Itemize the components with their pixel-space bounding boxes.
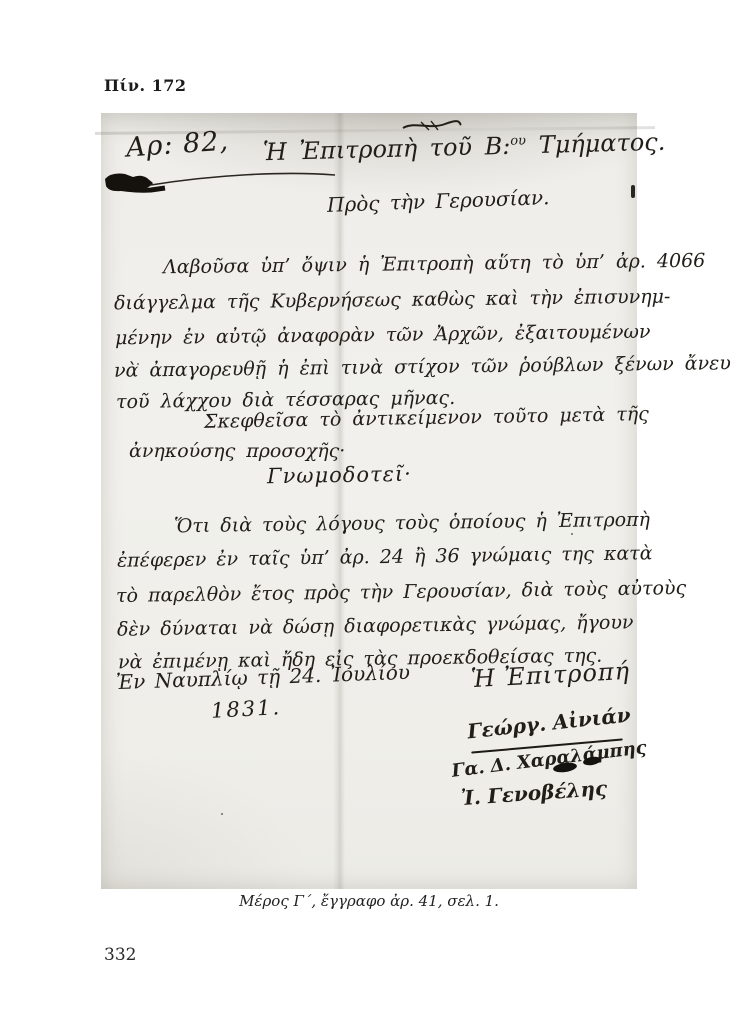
opinion-word: Γνωμοδοτεῖ· bbox=[267, 462, 412, 489]
heading-text: Ἡ Ἐπιτροπὴ τοῦ Β: bbox=[263, 132, 511, 166]
plate-label: Πίν. 172 bbox=[104, 76, 187, 95]
paper-speck bbox=[401, 205, 403, 207]
body-line: τὸ παρελθὸν ἔτος πρὸς τὴν Γερουσίαν, διὰ… bbox=[116, 577, 686, 607]
body-line: ἐπέφερεν ἐν ταῖς ὑπ’ ἀρ. 24 ἢ 36 γνώμαις… bbox=[117, 542, 653, 571]
figure-caption: Μέρος Γ΄, ἔγγραφο ἀρ. 41, σελ. 1. bbox=[101, 892, 637, 910]
body-line: διάγγελμα τῆς Κυβερνήσεως καθὼς καὶ τὴν … bbox=[114, 286, 671, 315]
page-number: 332 bbox=[104, 945, 136, 965]
paper-speck bbox=[221, 813, 223, 815]
body-line: μένην ἐν αὐτῷ ἀναφορὰν τῶν Ἀρχῶν, ἐξαιτο… bbox=[115, 321, 651, 350]
heading-correction-scribble bbox=[401, 119, 463, 133]
heading-text-rest: Τμήματος. bbox=[526, 128, 666, 160]
paper-speck bbox=[137, 363, 139, 365]
body-line: Λαβοῦσα ὑπ’ ὄψιν ἡ Ἐπιτροπὴ αὕτη τὸ ὑπ’ … bbox=[163, 250, 706, 279]
ink-mark-right-edge bbox=[631, 185, 635, 198]
dateline-year: 1831. bbox=[210, 695, 281, 723]
addressee-line: Πρὸς τὴν Γερουσίαν. bbox=[327, 185, 550, 217]
paper-speck bbox=[571, 533, 573, 535]
signature: Ἰ. Γενοβέλης bbox=[460, 776, 608, 810]
document-photo: Αρ: 82, Ἡ Ἐπιτροπὴ τοῦ Β:ου Τμήματος. Πρ… bbox=[101, 113, 637, 889]
book-page: Πίν. 172 Αρ: 82, Ἡ Ἐπιτροπὴ τοῦ Β:ου Τμή… bbox=[0, 0, 743, 1027]
body-line: νὰ ἀπαγορευθῇ ἡ ἐπὶ τινὰ στίχον τῶν ῥούβ… bbox=[114, 352, 731, 382]
ink-smudge bbox=[103, 165, 338, 199]
document-heading: Ἡ Ἐπιτροπὴ τοῦ Β:ου Τμήματος. bbox=[263, 128, 666, 167]
signature: Γεώργ. Αἰνιάν bbox=[466, 703, 631, 744]
paper-fold-crease bbox=[333, 113, 345, 889]
body-line: ἀνηκούσης προσοχῆς· bbox=[129, 440, 345, 462]
paper-speck bbox=[359, 296, 361, 298]
body-line: δὲν δύναται νὰ δώσῃ διαφορετικὰς γνώμας,… bbox=[117, 611, 634, 640]
heading-superscript: ου bbox=[510, 133, 526, 148]
body-line: Ὅτι διὰ τοὺς λόγους τοὺς ὁποίους ἡ Ἐπιτρ… bbox=[174, 509, 650, 538]
reference-number: Αρ: 82, bbox=[125, 125, 230, 163]
